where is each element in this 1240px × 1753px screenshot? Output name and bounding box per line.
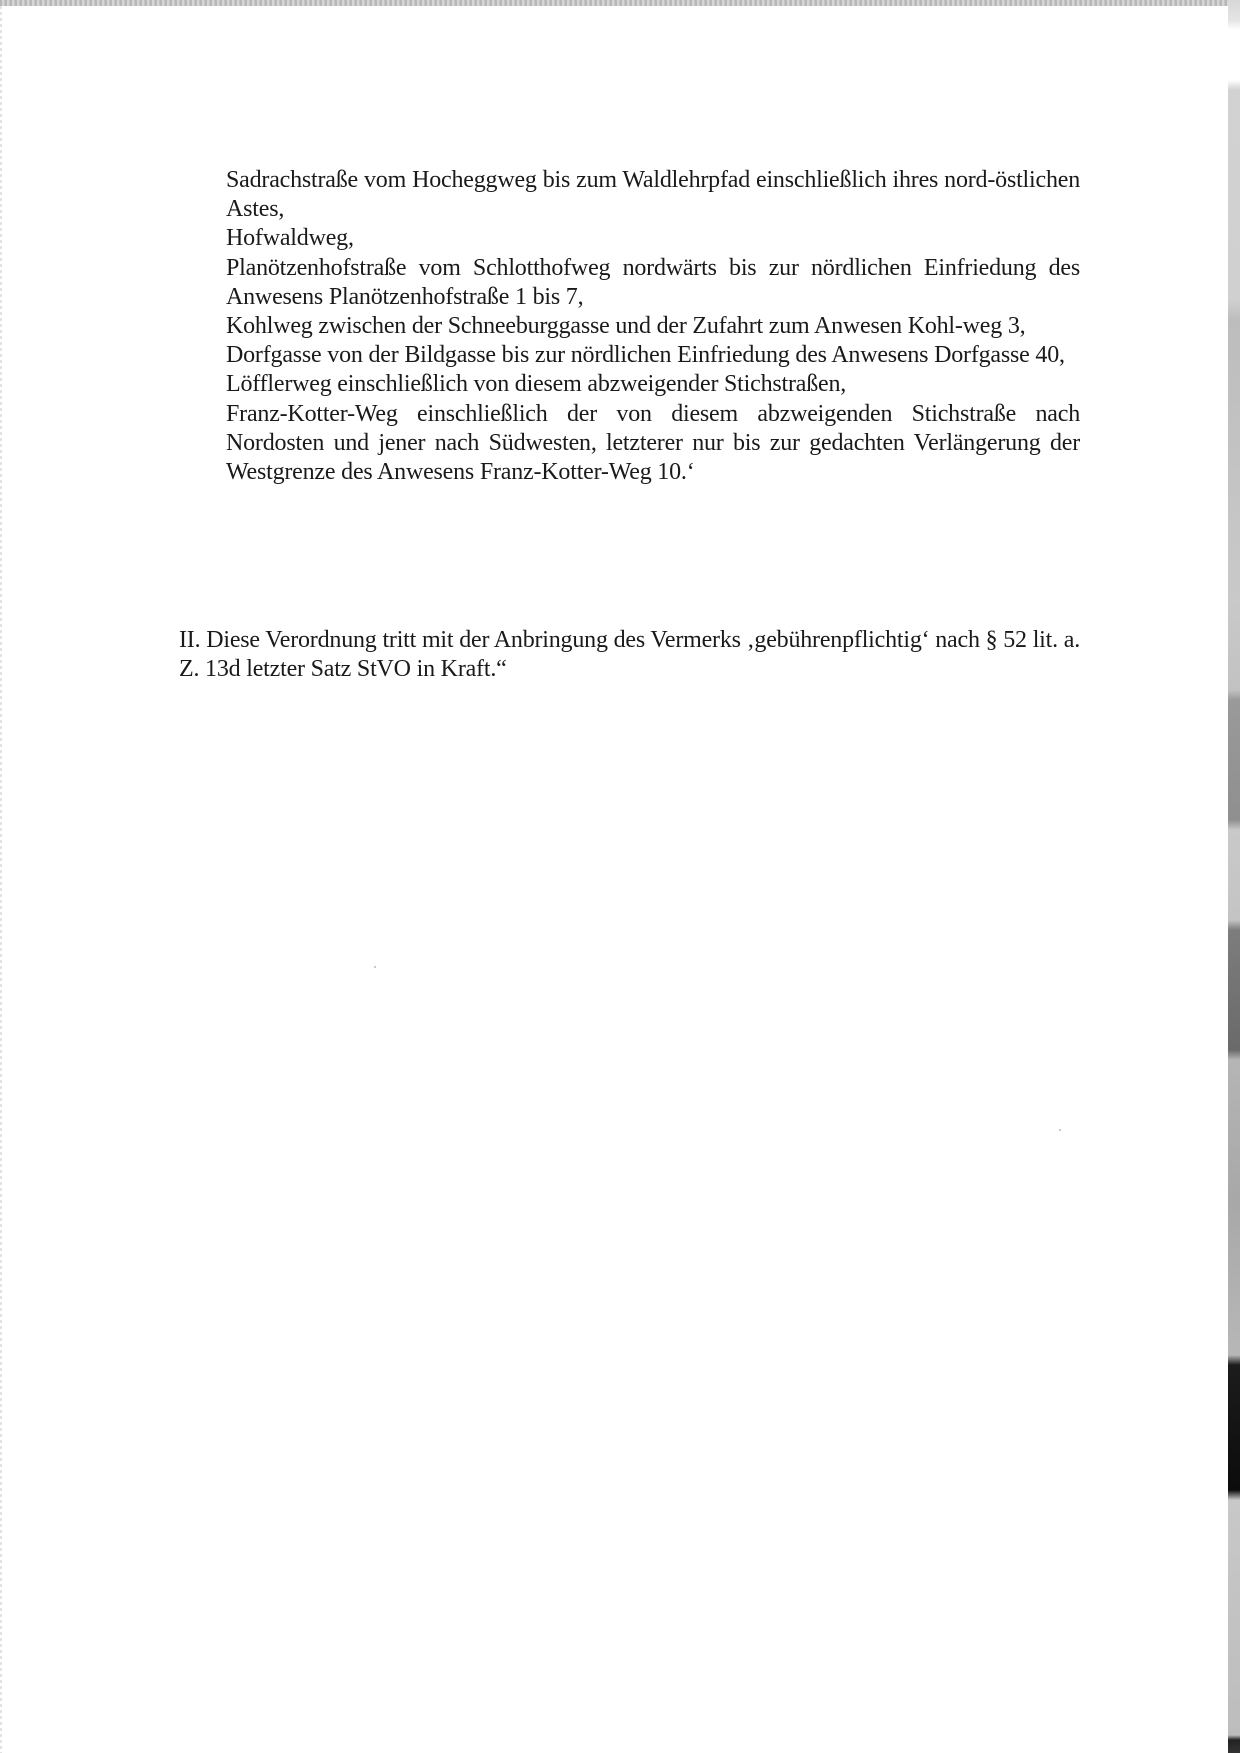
list-item: Kohlweg zwischen der Schneeburggasse und… [226, 312, 1080, 341]
list-item: Sadrachstraße vom Hocheggweg bis zum Wal… [226, 166, 1080, 224]
scan-border-right [1228, 0, 1240, 1753]
list-item: Hofwaldweg, [226, 224, 1080, 253]
list-item: Planötzenhofstraße vom Schlotthofweg nor… [226, 254, 1080, 312]
scan-speck [374, 966, 376, 968]
scan-border-left [0, 6, 2, 1753]
section-ii-paragraph: II. Diese Verordnung tritt mit der Anbri… [179, 626, 1080, 684]
list-item: Löfflerweg einschließlich von diesem abz… [226, 370, 1080, 399]
scan-speck [1059, 1129, 1061, 1131]
street-list: Sadrachstraße vom Hocheggweg bis zum Wal… [226, 166, 1080, 487]
list-item: Franz-Kotter-Weg einschließlich der von … [226, 400, 1080, 488]
scan-border-top [0, 0, 1240, 6]
list-item: Dorfgasse von der Bildgasse bis zur nörd… [226, 341, 1080, 370]
